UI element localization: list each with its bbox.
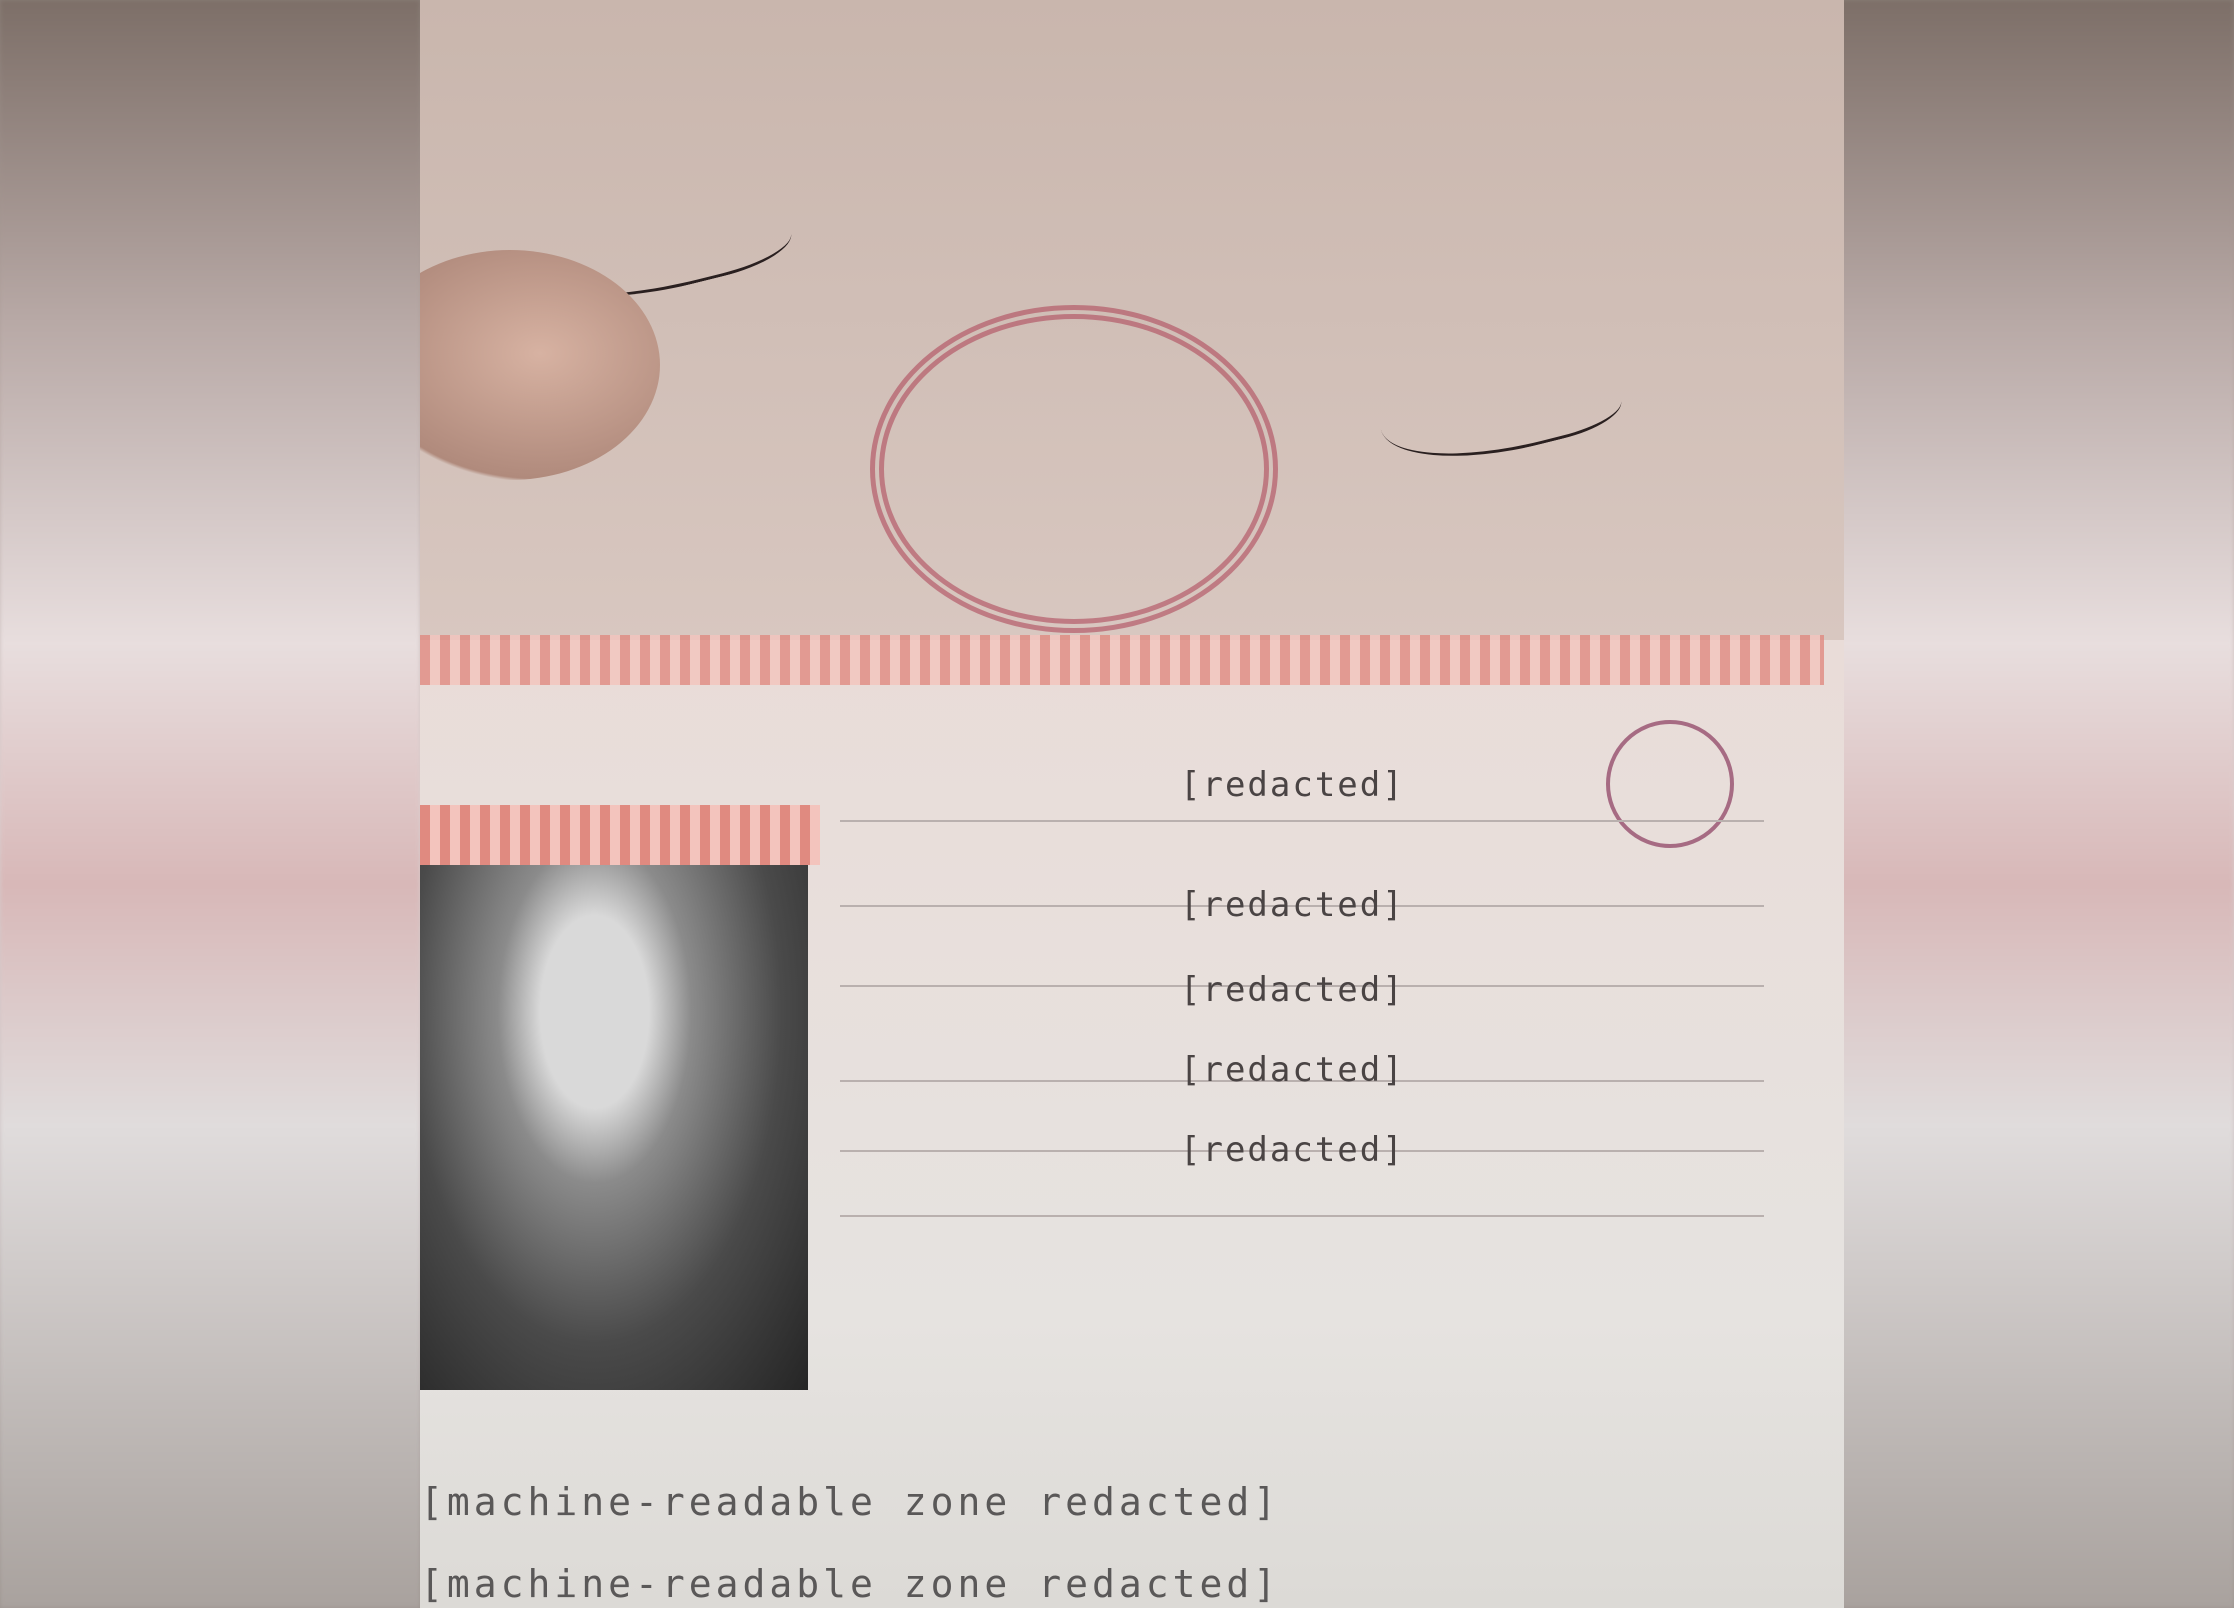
ornamental-border (420, 805, 820, 865)
blurred-background-left (0, 0, 420, 1608)
blurred-background-right (1814, 0, 2234, 1608)
document-emblem (1606, 720, 1734, 848)
mrz-line: [machine-readable zone redacted] (420, 1480, 1844, 1524)
field-line (840, 1215, 1764, 1217)
identity-document: [redacted] [redacted] [redacted] [redact… (420, 0, 1844, 1608)
official-stamp (870, 305, 1278, 633)
redacted-field: [redacted] (1180, 885, 1405, 925)
signature-mark (1374, 342, 1627, 481)
ornamental-border (420, 635, 1824, 685)
redacted-field: [redacted] (1180, 970, 1405, 1010)
redacted-field: [redacted] (1180, 1050, 1405, 1090)
mrz-line: [machine-readable zone redacted] (420, 1562, 1844, 1606)
redacted-field: [redacted] (1180, 765, 1405, 805)
portrait-photo-placeholder (420, 865, 808, 1390)
redacted-field: [redacted] (1180, 1130, 1405, 1170)
field-line (840, 820, 1764, 822)
document-upper-page (420, 0, 1844, 640)
